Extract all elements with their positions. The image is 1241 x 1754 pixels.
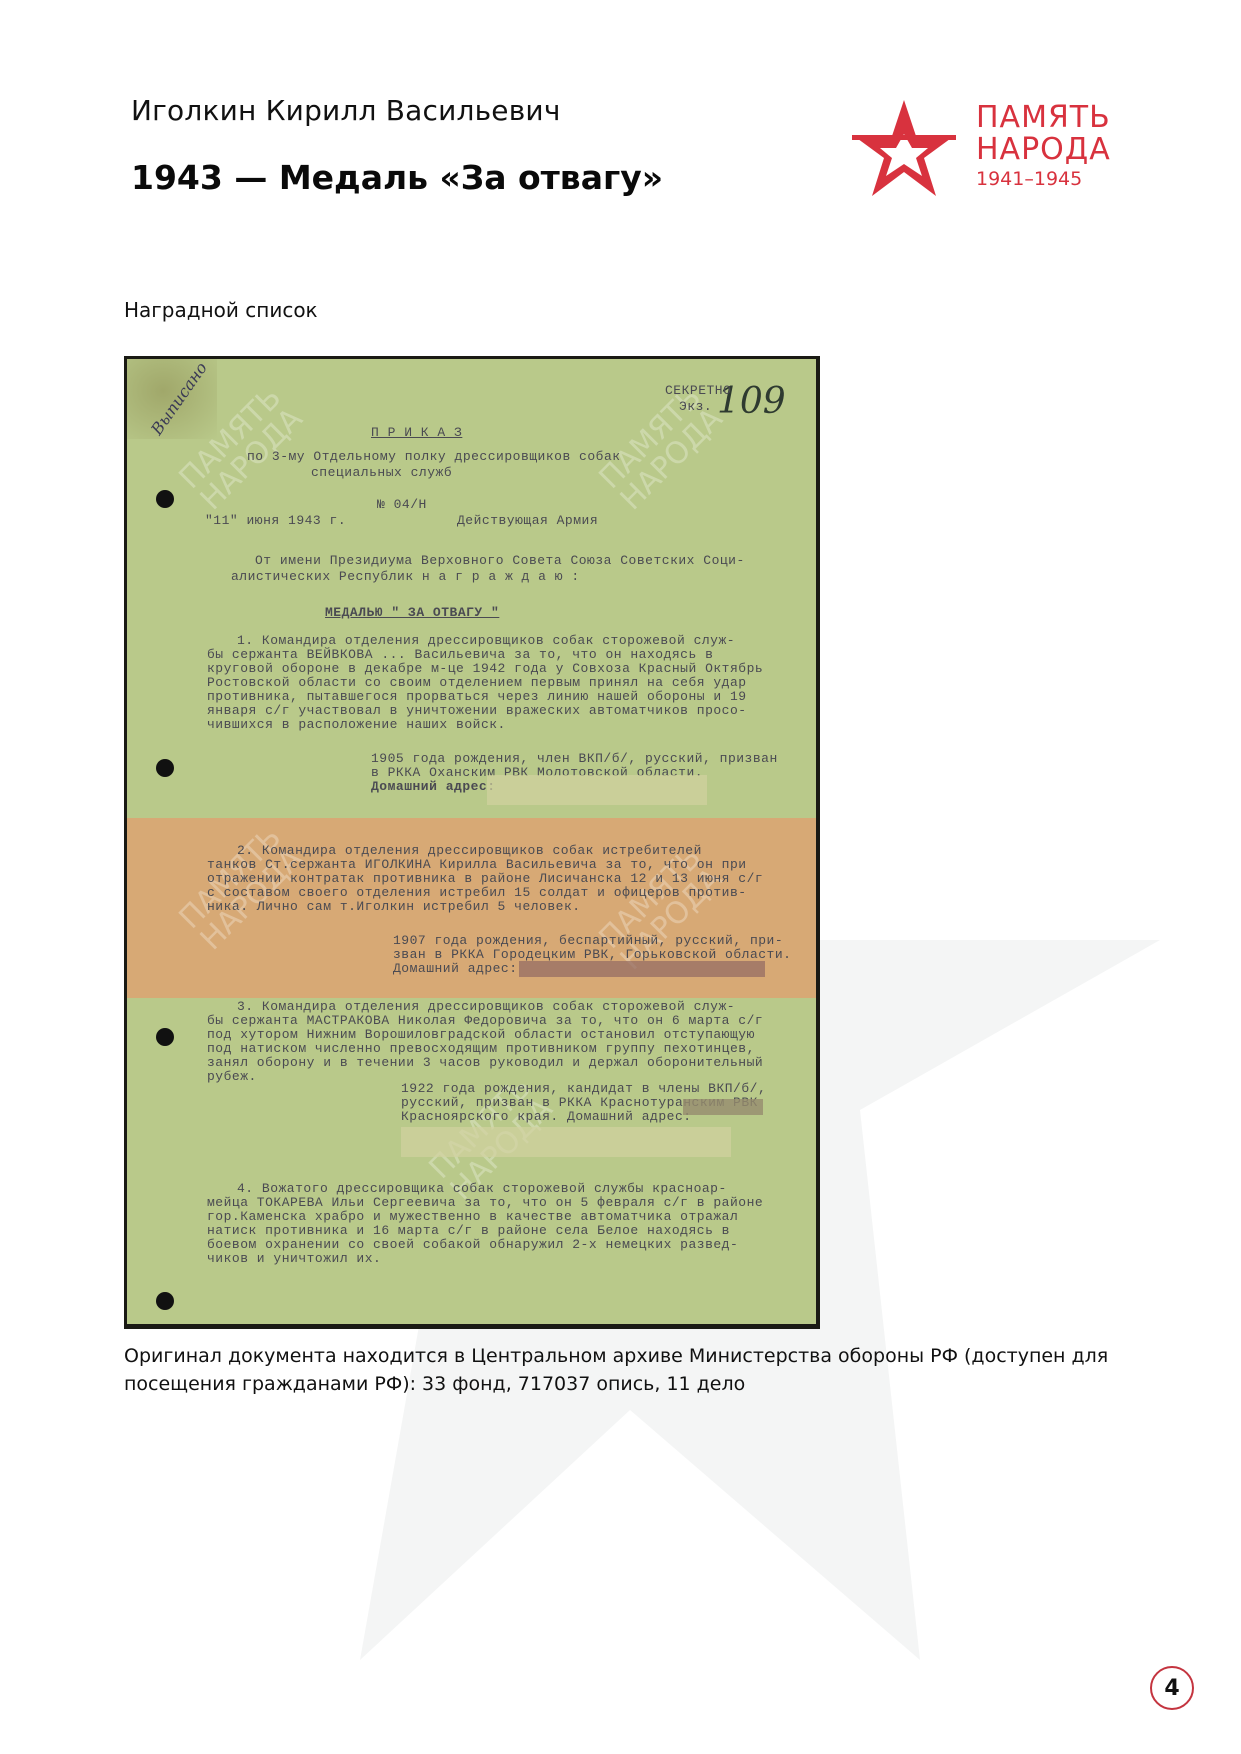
punch-hole — [156, 759, 174, 777]
document-paper: ПАМЯТЬНАРОДА ПАМЯТЬНАРОДА ПАМЯТЬНАРОДА П… — [127, 359, 816, 1324]
section-label: Наградной список — [124, 298, 318, 322]
logo-text-line1: ПАМЯТЬ — [976, 102, 1111, 134]
presidium-text: От имени Президиума Верховного Совета Со… — [255, 553, 745, 568]
order-number: № 04/Н — [377, 497, 427, 512]
logo-years: 1941–1945 — [976, 166, 1111, 192]
person-name: Иголкин Кирилл Васильевич — [131, 94, 561, 127]
order-subtitle: специальных служб — [311, 465, 452, 480]
redacted-address — [519, 961, 765, 977]
logo-text-line2: НАРОДА — [976, 134, 1111, 166]
copy-label: Экз. — [679, 399, 712, 414]
order-subtitle: по 3-му Отдельному полку дрессировщиков … — [247, 449, 621, 464]
order-title: П Р И К А З — [371, 425, 462, 440]
order-date: "11" июня 1943 г. — [205, 513, 346, 528]
redacted-address — [401, 1127, 731, 1157]
secret-stamp: СЕКРЕТНО — [665, 383, 731, 398]
punch-hole — [156, 490, 174, 508]
archive-source-caption: Оригинал документа находится в Центральн… — [124, 1342, 1124, 1398]
punch-hole — [156, 1292, 174, 1310]
page-number-badge: 4 — [1150, 1666, 1194, 1710]
army-label: Действующая Армия — [457, 513, 598, 528]
pamyat-naroda-logo[interactable]: ПАМЯТЬ НАРОДА 1941–1945 — [852, 96, 1132, 206]
redacted-address — [487, 775, 707, 805]
presidium-text: алистических Республик н а г р а ж д а ю… — [231, 569, 580, 584]
medal-heading: МЕДАЛЬЮ " ЗА ОТВАГУ " — [325, 605, 499, 620]
document-scan-image[interactable]: ПАМЯТЬНАРОДА ПАМЯТЬНАРОДА ПАМЯТЬНАРОДА П… — [124, 356, 820, 1329]
redacted-address — [683, 1099, 763, 1115]
red-star-icon — [852, 96, 956, 200]
punch-hole — [156, 1028, 174, 1046]
award-title: 1943 — Медаль «За отвагу» — [131, 158, 663, 197]
